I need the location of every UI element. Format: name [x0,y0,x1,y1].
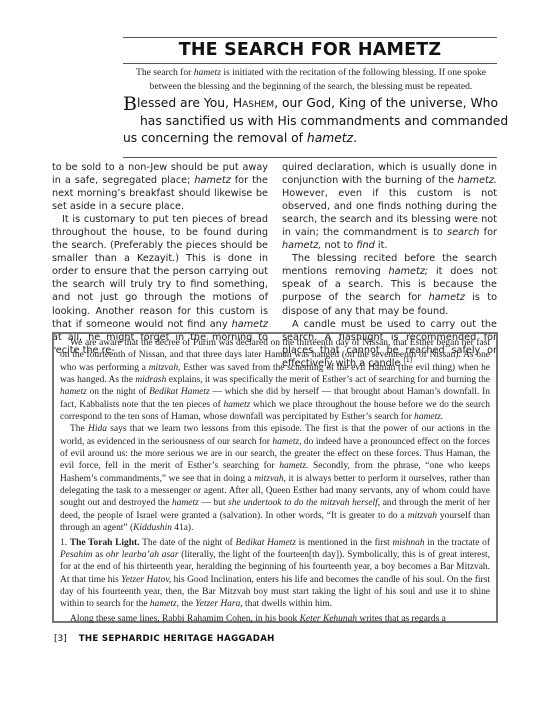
blessing-line-3: us concerning the removal of hametz. [123,130,499,147]
blessing-rule [123,157,497,158]
blessing-text: Blessed are You, Hashem, our God, King o… [123,95,499,147]
book-title: THE SEPHARDIC HERITAGE HAGGADAH [79,634,275,644]
paragraph: quired declaration, which is usually don… [282,161,497,252]
paragraph: to be sold to a non-Jew should be put aw… [52,161,268,213]
page-footer: [3]THE SEPHARDIC HERITAGE HAGGADAH [54,634,275,644]
left-column: to be sold to a non-Jew should be put aw… [52,161,268,357]
blessing-line-2: has sanctified us with His commandments … [123,113,499,130]
commentary-note: 1. The Torah Light. The date of the nigh… [60,537,490,611]
commentary-paragraph: The Hida says that we learn two lessons … [60,423,490,534]
instruction-text: The search for hametz is initiated with … [123,66,499,94]
title-rule [123,63,497,64]
drop-cap: B [123,93,137,115]
commentary-paragraph: Along these same lines, Rabbi Rahamim Co… [60,613,490,625]
page-title: THE SEARCH FOR HAMETZ [123,38,497,63]
page-number: [3] [54,634,67,644]
commentary-paragraph: We are aware that the decree of Purim wa… [60,337,490,423]
paragraph: The blessing recited before the search m… [282,252,497,317]
commentary-box: We are aware that the decree of Purim wa… [52,332,498,623]
blessing-line-1: Blessed are You, Hashem, our God, King o… [123,95,499,113]
